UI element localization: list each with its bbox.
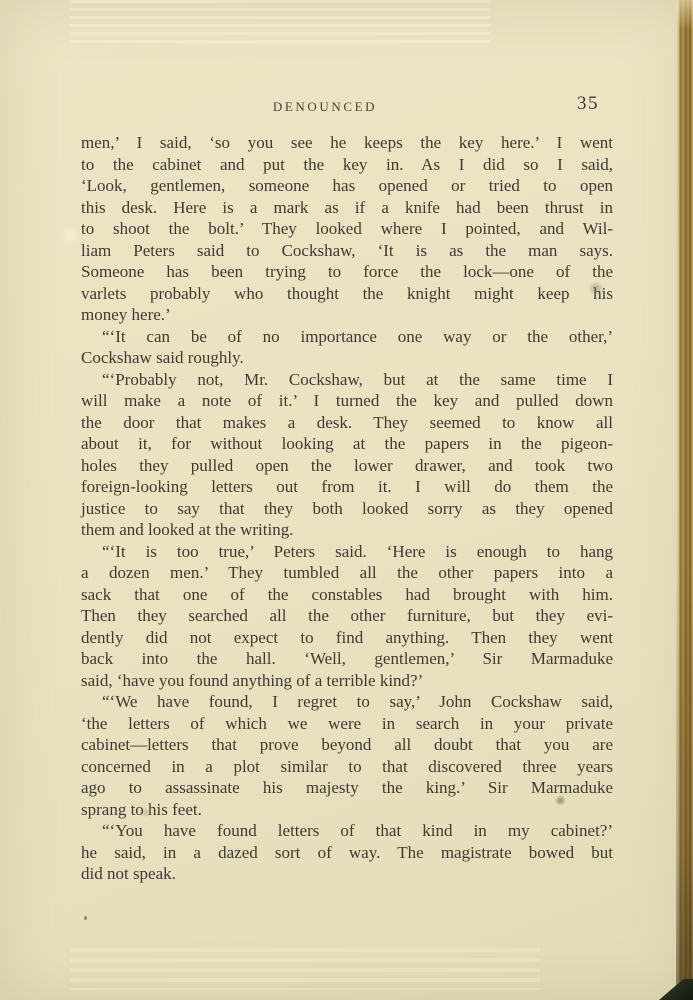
text-line: “‘You have found letters of that kind in… — [81, 820, 613, 842]
paper-blemish — [60, 224, 80, 248]
text-line: about it, for without looking at the pap… — [81, 433, 613, 455]
text-line: ago to assassinate his majesty the king.… — [81, 777, 613, 799]
text-line: to the cabinet and put the key in. As I … — [81, 154, 613, 176]
text-line: “‘Probably not, Mr. Cockshaw, but at the… — [81, 369, 613, 391]
paper-texture-top — [70, 0, 490, 48]
text-line: them and looked at the writing. — [81, 519, 613, 541]
text-line: men,’ I said, ‘so you see he keeps the k… — [81, 132, 613, 154]
running-title: DENOUNCED — [273, 99, 377, 115]
text-line: he said, in a dazed sort of way. The mag… — [81, 842, 613, 864]
text-line: sprang to his feet. — [81, 799, 613, 821]
text-line: “‘It can be of no importance one way or … — [81, 326, 613, 348]
text-line: Then they searched all the other furnitu… — [81, 605, 613, 627]
text-line: money here.’ — [81, 304, 613, 326]
text-line: sack that one of the constables had brou… — [81, 584, 613, 606]
page-number: 35 — [577, 93, 599, 115]
text-line: liam Peters said to Cockshaw, ‘It is as … — [81, 240, 613, 262]
text-line: will make a note of it.’ I turned the ke… — [81, 390, 613, 412]
book-fore-edge-shade — [676, 0, 693, 1000]
text-line: to shoot the bolt.’ They looked where I … — [81, 218, 613, 240]
text-block: men,’ I said, ‘so you see he keeps the k… — [81, 132, 613, 885]
text-line: dently did not expect to find anything. … — [81, 627, 613, 649]
text-line: Someone has been trying to force the loc… — [81, 261, 613, 283]
text-line: concerned in a plot similar to that disc… — [81, 756, 613, 778]
text-line: justice to say that they both looked sor… — [81, 498, 613, 520]
text-line: a dozen men.’ They tumbled all the other… — [81, 562, 613, 584]
scanned-book-page: DENOUNCED 35 men,’ I said, ‘so you see h… — [0, 0, 693, 1000]
text-line: back into the hall. ‘Well, gentlemen,’ S… — [81, 648, 613, 670]
text-line: “‘It is too true,’ Peters said. ‘Here is… — [81, 541, 613, 563]
text-line: did not speak. — [81, 863, 613, 885]
text-line: holes they pulled open the lower drawer,… — [81, 455, 613, 477]
paper-blemish — [84, 916, 87, 920]
paper-texture-bottom — [70, 948, 540, 990]
text-line: foreign-looking letters out from it. I w… — [81, 476, 613, 498]
text-line: “‘We have found, I regret to say,’ John … — [81, 691, 613, 713]
text-line: Cockshaw said roughly. — [81, 347, 613, 369]
text-line: this desk. Here is a mark as if a knife … — [81, 197, 613, 219]
text-line: varlets probably who thought the knight … — [81, 283, 613, 305]
text-line: the door that makes a desk. They seemed … — [81, 412, 613, 434]
text-line: ‘Look, gentlemen, someone has opened or … — [81, 175, 613, 197]
text-line: said, ‘have you found anything of a terr… — [81, 670, 613, 692]
text-line: cabinet—letters that prove beyond all do… — [81, 734, 613, 756]
text-line: ‘the letters of which we were in search … — [81, 713, 613, 735]
